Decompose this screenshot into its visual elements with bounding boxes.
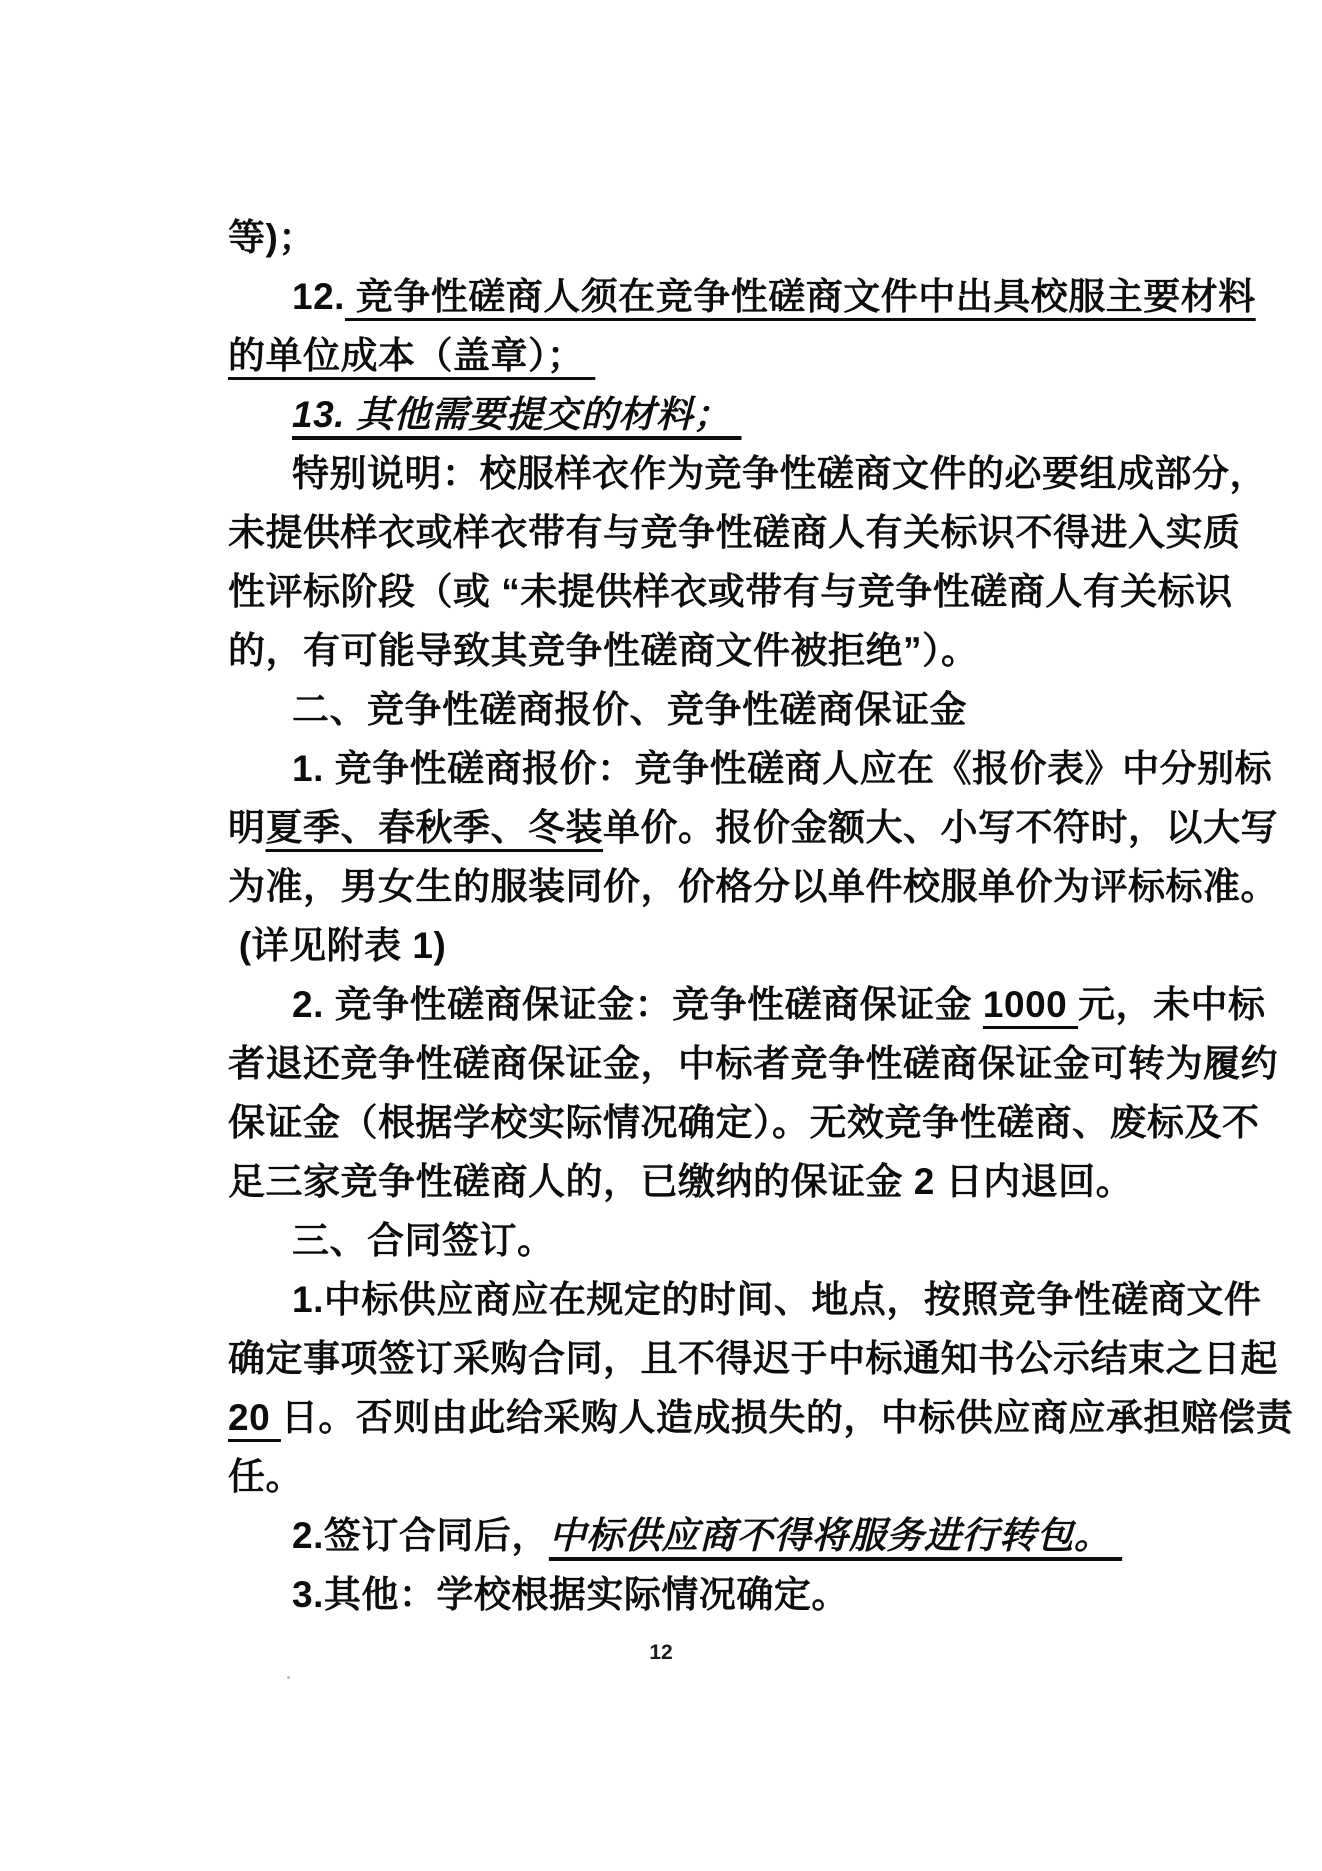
text-line: 二、竞争性磋商报价、竞争性磋商保证金 [228,680,1158,739]
page-number: 12 [0,1641,1322,1665]
text-line: 的，有可能导致其竞争性磋商文件被拒绝”）。 [228,621,1158,680]
text-segment: 保证金（根据学校实际情况确定）。无效竞争性磋商、废标及不 [228,1102,1260,1143]
text-line: 保证金（根据学校实际情况确定）。无效竞争性磋商、废标及不 [228,1093,1158,1152]
text-segment: 二、竞争性磋商报价、竞争性磋商保证金 [292,689,967,730]
text-segment: 未提供样衣或样衣带有与竞争性磋商人有关标识不得进入实质 [228,512,1241,553]
text-segment: 1. 竞争性磋商报价：竞争性磋商人应在《报价表》中分别标 [292,748,1272,789]
text-segment: 性评标阶段（或 “未提供样衣或带有与竞争性磋商人有关标识 [228,571,1233,612]
text-line: (详见附表 1) [228,916,1158,975]
text-line: 1. 竞争性磋商报价：竞争性磋商人应在《报价表》中分别标 [228,739,1158,798]
text-segment: 确定事项签订采购合同，且不得迟于中标通知书公示结束之日起 [228,1338,1278,1379]
text-line: 者退还竞争性磋商保证金，中标者竞争性磋商保证金可转为履约 [228,1034,1158,1093]
text-line: 足三家竞争性磋商人的，已缴纳的保证金 2 日内退回。 [228,1152,1158,1211]
text-segment-underline: 夏季、春秋季、冬装 [266,807,604,848]
text-segment: 者退还竞争性磋商保证金，中标者竞争性磋商保证金可转为履约 [228,1043,1278,1084]
text-segment-underline: 20 [228,1397,281,1438]
text-segment-underline: 的单位成本（盖章）； [228,335,595,376]
text-line: 三、合同签订。 [228,1211,1158,1270]
text-line: 任。 [228,1447,1158,1506]
text-line: 性评标阶段（或 “未提供样衣或带有与竞争性磋商人有关标识 [228,562,1158,621]
page-body: 等)；12. 竞争性磋商人须在竞争性磋商文件中出具校服主要材料的单位成本（盖章）… [228,208,1158,1624]
text-line: 3.其他：学校根据实际情况确定。 [228,1565,1158,1624]
text-line: 的单位成本（盖章）； [228,326,1158,385]
text-segment: 等)； [228,217,316,258]
text-segment: 2. 竞争性磋商保证金：竞争性磋商保证金 [292,984,983,1025]
text-segment-underline: 1000 [983,984,1078,1025]
text-segment-bold-italic-underline: 13. 其他需要提交的材料； [292,394,742,435]
text-segment: 元，未中标 [1078,984,1266,1025]
text-line: 1.中标供应商应在规定的时间、地点，按照竞争性磋商文件 [228,1270,1158,1329]
text-segment: 足三家竞争性磋商人的，已缴纳的保证金 2 日内退回。 [228,1161,1133,1202]
text-line: 2.签订合同后，中标供应商不得将服务进行转包。 [228,1506,1158,1565]
text-segment: 明 [228,807,266,848]
scan-speck [287,1676,290,1679]
text-line: 13. 其他需要提交的材料； [228,385,1158,444]
text-segment: 单价。报价金额大、小写不符时，以大写 [603,807,1278,848]
text-line: 为准，男女生的服装同价，价格分以单件校服单价为评标标准。 [228,857,1158,916]
document-page: 等)；12. 竞争性磋商人须在竞争性磋商文件中出具校服主要材料的单位成本（盖章）… [0,0,1322,1871]
text-segment: 12. [292,276,345,317]
text-line: 确定事项签订采购合同，且不得迟于中标通知书公示结束之日起 [228,1329,1158,1388]
text-line: 12. 竞争性磋商人须在竞争性磋商文件中出具校服主要材料 [228,267,1158,326]
text-line: 2. 竞争性磋商保证金：竞争性磋商保证金 1000 元，未中标 [228,975,1158,1034]
text-segment: 为准，男女生的服装同价，价格分以单件校服单价为评标标准。 [228,866,1278,907]
text-segment: 任。 [228,1456,303,1497]
scan-speck [1046,1418,1049,1421]
text-line: 等)； [228,208,1158,267]
text-segment: 三、合同签订。 [292,1220,555,1261]
text-segment-bold-italic-underline: 中标供应商不得将服务进行转包。 [549,1515,1122,1556]
text-line: 未提供样衣或样衣带有与竞争性磋商人有关标识不得进入实质 [228,503,1158,562]
text-segment: 的，有可能导致其竞争性磋商文件被拒绝”）。 [228,630,979,671]
text-segment: 3.其他：学校根据实际情况确定。 [292,1574,849,1615]
text-line: 20 日。否则由此给采购人造成损失的，中标供应商应承担赔偿责 [228,1388,1158,1447]
text-line: 明夏季、春秋季、冬装单价。报价金额大、小写不符时，以大写 [228,798,1158,857]
text-segment: (详见附表 1) [228,925,446,966]
text-segment: 日。否则由此给采购人造成损失的，中标供应商应承担赔偿责 [281,1397,1294,1438]
text-segment-underline: 竞争性磋商人须在竞争性磋商文件中出具校服主要材料 [345,276,1256,317]
text-segment: 2.签订合同后， [292,1515,549,1556]
text-line: 特别说明：校服样衣作为竞争性磋商文件的必要组成部分， [228,444,1158,503]
text-segment: 1.中标供应商应在规定的时间、地点，按照竞争性磋商文件 [292,1279,1261,1320]
text-segment: 特别说明：校服样衣作为竞争性磋商文件的必要组成部分， [292,453,1267,494]
